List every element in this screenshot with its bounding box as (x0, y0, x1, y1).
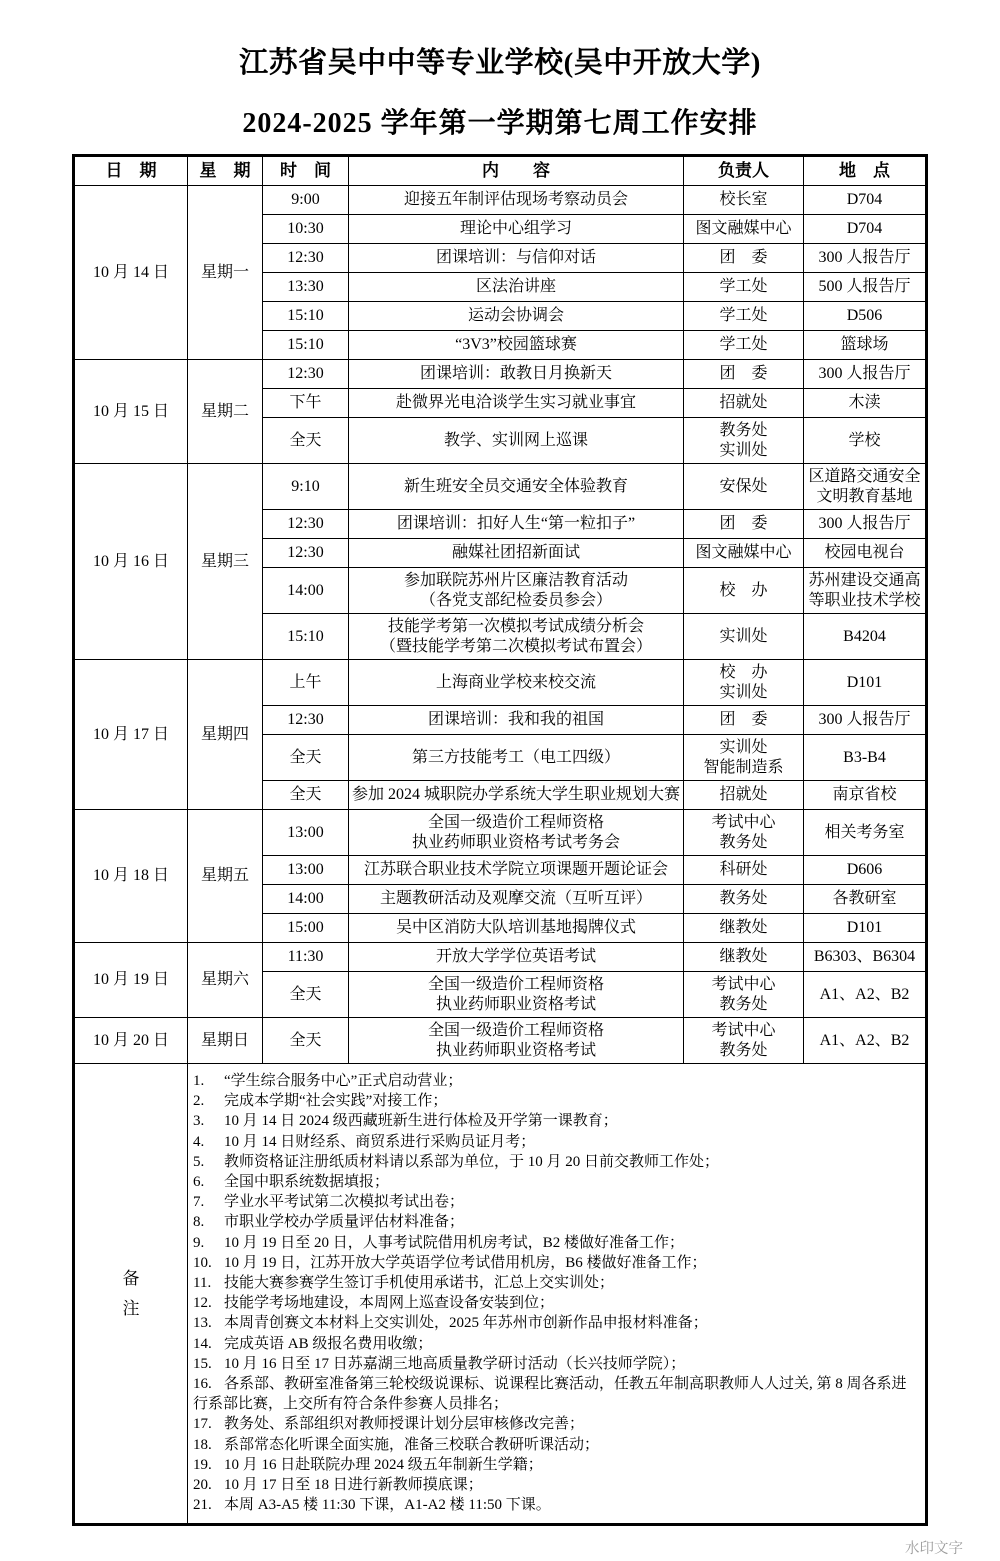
date-cell: 10 月 20 日 (74, 1018, 188, 1064)
date-cell: 10 月 17 日 (74, 660, 188, 810)
time-cell: 14:00 (263, 568, 349, 614)
content-cell: 教学、实训网上巡课 (349, 418, 684, 464)
time-cell: 全天 (263, 735, 349, 781)
note-number: 21. (193, 1495, 224, 1515)
owner-cell: 安保处 (684, 464, 804, 510)
owner-cell: 继教处 (684, 914, 804, 943)
day-group: 10 月 18 日星期五13:00全国一级造价工程师资格执业药师职业资格考试考务… (74, 810, 927, 943)
note-item: 5.教师资格证注册纸质材料请以系部为单位，于 10 月 20 日前交教师工作处； (193, 1152, 917, 1172)
content-cell: “3V3”校园篮球赛 (349, 331, 684, 360)
content-cell: 新生班安全员交通安全体验教育 (349, 464, 684, 510)
note-number: 13. (193, 1313, 224, 1333)
note-item: 3.10 月 14 日 2024 级西藏班新生进行体检及开学第一课教育； (193, 1111, 917, 1131)
owner-cell: 学工处 (684, 331, 804, 360)
weekday-cell: 星期三 (188, 464, 263, 660)
time-cell: 15:10 (263, 302, 349, 331)
note-number: 3. (193, 1111, 224, 1131)
time-cell: 全天 (263, 972, 349, 1018)
note-number: 17. (193, 1414, 224, 1434)
header-cell: 地 点 (804, 156, 927, 186)
place-cell: D606 (804, 856, 927, 885)
date-cell: 10 月 18 日 (74, 810, 188, 943)
header-cell: 星 期 (188, 156, 263, 186)
note-number: 14. (193, 1334, 224, 1354)
content-cell: 全国一级造价工程师资格执业药师职业资格考试 (349, 1018, 684, 1064)
schedule-row: 10 月 15 日星期二12:30团课培训：敢教日月换新天团 委300 人报告厅 (74, 360, 927, 389)
table-header: 日 期星 期时 间内 容负责人地 点 (74, 156, 927, 186)
content-cell: 理论中心组学习 (349, 215, 684, 244)
schedule-row: 10 月 19 日星期六11:30开放大学学位英语考试继教处B6303、B630… (74, 943, 927, 972)
place-cell: D101 (804, 914, 927, 943)
weekday-cell: 星期四 (188, 660, 263, 810)
day-group: 10 月 19 日星期六11:30开放大学学位英语考试继教处B6303、B630… (74, 943, 927, 1018)
content-cell: 吴中区消防大队培训基地揭牌仪式 (349, 914, 684, 943)
note-number: 7. (193, 1192, 224, 1212)
notes-label-char: 注 (78, 1300, 184, 1317)
place-cell: 校园电视台 (804, 539, 927, 568)
owner-cell: 图文融媒中心 (684, 215, 804, 244)
notes-list: 1.“学生综合服务中心”正式启动营业；2.完成本学期“社会实践”对接工作；3.1… (188, 1064, 927, 1525)
content-cell: 全国一级造价工程师资格执业药师职业资格考试 (349, 972, 684, 1018)
place-cell: 500 人报告厅 (804, 273, 927, 302)
day-group: 10 月 20 日星期日全天全国一级造价工程师资格执业药师职业资格考试考试中心教… (74, 1018, 927, 1064)
place-cell: 学校 (804, 418, 927, 464)
time-cell: 9:00 (263, 186, 349, 215)
note-number: 12. (193, 1293, 224, 1313)
owner-cell: 科研处 (684, 856, 804, 885)
note-number: 15. (193, 1354, 224, 1374)
weekday-cell: 星期五 (188, 810, 263, 943)
owner-cell: 实训处智能制造系 (684, 735, 804, 781)
schedule-row: 10 月 18 日星期五13:00全国一级造价工程师资格执业药师职业资格考试考务… (74, 810, 927, 856)
note-item: 13.本周青创赛文本材料上交实训处，2025 年苏州市创新作品申报材料准备； (193, 1313, 917, 1333)
place-cell: B4204 (804, 614, 927, 660)
time-cell: 10:30 (263, 215, 349, 244)
content-cell: 融媒社团招新面试 (349, 539, 684, 568)
time-cell: 12:30 (263, 244, 349, 273)
note-item: 7.学业水平考试第二次模拟考试出卷； (193, 1192, 917, 1212)
owner-cell: 校 办实训处 (684, 660, 804, 706)
weekday-cell: 星期六 (188, 943, 263, 1018)
weekday-cell: 星期日 (188, 1018, 263, 1064)
place-cell: 区道路交通安全文明教育基地 (804, 464, 927, 510)
note-item: 10.10 月 19 日，江苏开放大学英语学位考试借用机房，B6 楼做好准备工作… (193, 1253, 917, 1273)
owner-cell: 校 办 (684, 568, 804, 614)
time-cell: 12:30 (263, 539, 349, 568)
note-item: 14.完成英语 AB 级报名费用收缴； (193, 1334, 917, 1354)
schedule-row: 10 月 16 日星期三9:10新生班安全员交通安全体验教育安保处区道路交通安全… (74, 464, 927, 510)
place-cell: 苏州建设交通高等职业技术学校 (804, 568, 927, 614)
content-cell: 赴微界光电洽谈学生实习就业事宜 (349, 389, 684, 418)
day-group: 10 月 16 日星期三9:10新生班安全员交通安全体验教育安保处区道路交通安全… (74, 464, 927, 660)
note-number: 6. (193, 1172, 224, 1192)
place-cell: 相关考务室 (804, 810, 927, 856)
schedule-row: 10 月 14 日星期一9:00迎接五年制评估现场考察动员会校长室D704 (74, 186, 927, 215)
owner-cell: 图文融媒中心 (684, 539, 804, 568)
notes-label-char: 备 (78, 1270, 184, 1287)
note-item: 8.市职业学校办学质量评估材料准备； (193, 1212, 917, 1232)
owner-cell: 校长室 (684, 186, 804, 215)
content-cell: 全国一级造价工程师资格执业药师职业资格考试考务会 (349, 810, 684, 856)
owner-cell: 教务处 (684, 885, 804, 914)
owner-cell: 学工处 (684, 302, 804, 331)
time-cell: 15:10 (263, 614, 349, 660)
owner-cell: 考试中心教务处 (684, 1018, 804, 1064)
time-cell: 12:30 (263, 510, 349, 539)
note-number: 11. (193, 1273, 224, 1293)
note-item: 11.技能大赛参赛学生签订手机使用承诺书，汇总上交实训处； (193, 1273, 917, 1293)
place-cell: A1、A2、B2 (804, 972, 927, 1018)
content-cell: 开放大学学位英语考试 (349, 943, 684, 972)
time-cell: 11:30 (263, 943, 349, 972)
time-cell: 全天 (263, 781, 349, 810)
note-number: 18. (193, 1435, 224, 1455)
note-item: 16.各系部、教研室准备第三轮校级说课标、说课程比赛活动，任教五年制高职教师人人… (193, 1374, 917, 1414)
time-cell: 15:00 (263, 914, 349, 943)
content-cell: 团课培训：我和我的祖国 (349, 706, 684, 735)
schedule-row: 10 月 17 日星期四上午上海商业学校来校交流校 办实训处D101 (74, 660, 927, 706)
note-number: 20. (193, 1475, 224, 1495)
time-cell: 下午 (263, 389, 349, 418)
owner-cell: 招就处 (684, 781, 804, 810)
content-cell: 第三方技能考工（电工四级） (349, 735, 684, 781)
place-cell: D506 (804, 302, 927, 331)
content-cell: 运动会协调会 (349, 302, 684, 331)
note-item: 17.教务处、系部组织对教师授课计划分层审核修改完善； (193, 1414, 917, 1434)
schedule-row: 10 月 20 日星期日全天全国一级造价工程师资格执业药师职业资格考试考试中心教… (74, 1018, 927, 1064)
content-cell: 参加联院苏州片区廉洁教育活动（各党支部纪检委员参会） (349, 568, 684, 614)
content-cell: 团课培训：与信仰对话 (349, 244, 684, 273)
note-item: 21.本周 A3-A5 楼 11:30 下课，A1-A2 楼 11:50 下课。 (193, 1495, 917, 1515)
owner-cell: 考试中心教务处 (684, 810, 804, 856)
note-number: 10. (193, 1253, 224, 1273)
place-cell: 木渎 (804, 389, 927, 418)
place-cell: D704 (804, 186, 927, 215)
note-number: 19. (193, 1455, 224, 1475)
date-cell: 10 月 14 日 (74, 186, 188, 360)
header-cell: 日 期 (74, 156, 188, 186)
note-number: 1. (193, 1071, 224, 1091)
owner-cell: 团 委 (684, 360, 804, 389)
owner-cell: 团 委 (684, 244, 804, 273)
owner-cell: 团 委 (684, 706, 804, 735)
owner-cell: 学工处 (684, 273, 804, 302)
note-item: 12.技能学考场地建设，本周网上巡查设备安装到位； (193, 1293, 917, 1313)
note-number: 2. (193, 1091, 224, 1111)
day-group: 10 月 15 日星期二12:30团课培训：敢教日月换新天团 委300 人报告厅… (74, 360, 927, 464)
day-group: 10 月 14 日星期一9:00迎接五年制评估现场考察动员会校长室D70410:… (74, 186, 927, 360)
time-cell: 上午 (263, 660, 349, 706)
place-cell: 南京省校 (804, 781, 927, 810)
time-cell: 全天 (263, 418, 349, 464)
notes-label: 备注 (74, 1064, 188, 1525)
notes-row: 备注1.“学生综合服务中心”正式启动营业；2.完成本学期“社会实践”对接工作；3… (74, 1064, 927, 1525)
watermark: 水印文字 (905, 1537, 963, 1558)
page-subtitle: 2024-2025 学年第一学期第七周工作安排 (0, 101, 1000, 141)
header-cell: 时 间 (263, 156, 349, 186)
note-number: 8. (193, 1212, 224, 1232)
note-number: 5. (193, 1152, 224, 1172)
owner-cell: 实训处 (684, 614, 804, 660)
note-item: 6.全国中职系统数据填报； (193, 1172, 917, 1192)
place-cell: A1、A2、B2 (804, 1018, 927, 1064)
time-cell: 12:30 (263, 360, 349, 389)
note-item: 18.系部常态化听课全面实施，准备三校联合教研听课活动； (193, 1435, 917, 1455)
owner-cell: 考试中心教务处 (684, 972, 804, 1018)
day-group: 10 月 17 日星期四上午上海商业学校来校交流校 办实训处D10112:30团… (74, 660, 927, 810)
place-cell: D704 (804, 215, 927, 244)
owner-cell: 继教处 (684, 943, 804, 972)
note-item: 9.10 月 19 日至 20 日，人事考试院借用机房考试，B2 楼做好准备工作… (193, 1233, 917, 1253)
note-item: 1.“学生综合服务中心”正式启动营业； (193, 1071, 917, 1091)
time-cell: 12:30 (263, 706, 349, 735)
header-row: 日 期星 期时 间内 容负责人地 点 (74, 156, 927, 186)
date-cell: 10 月 19 日 (74, 943, 188, 1018)
date-cell: 10 月 16 日 (74, 464, 188, 660)
time-cell: 13:00 (263, 856, 349, 885)
note-number: 9. (193, 1233, 224, 1253)
place-cell: 各教研室 (804, 885, 927, 914)
content-cell: 技能学考第一次模拟考试成绩分析会（暨技能学考第二次模拟考试布置会） (349, 614, 684, 660)
time-cell: 15:10 (263, 331, 349, 360)
place-cell: B6303、B6304 (804, 943, 927, 972)
content-cell: 迎接五年制评估现场考察动员会 (349, 186, 684, 215)
time-cell: 全天 (263, 1018, 349, 1064)
content-cell: 参加 2024 城职院办学系统大学生职业规划大赛 (349, 781, 684, 810)
header-cell: 负责人 (684, 156, 804, 186)
owner-cell: 教务处实训处 (684, 418, 804, 464)
time-cell: 13:00 (263, 810, 349, 856)
note-item: 2.完成本学期“社会实践”对接工作； (193, 1091, 917, 1111)
owner-cell: 团 委 (684, 510, 804, 539)
place-cell: 篮球场 (804, 331, 927, 360)
weekday-cell: 星期二 (188, 360, 263, 464)
place-cell: 300 人报告厅 (804, 244, 927, 273)
place-cell: 300 人报告厅 (804, 706, 927, 735)
content-cell: 团课培训：敢教日月换新天 (349, 360, 684, 389)
content-cell: 主题教研活动及观摩交流（互听互评） (349, 885, 684, 914)
note-item: 4.10 月 14 日财经系、商贸系进行采购员证月考； (193, 1132, 917, 1152)
content-cell: 上海商业学校来校交流 (349, 660, 684, 706)
time-cell: 13:30 (263, 273, 349, 302)
date-cell: 10 月 15 日 (74, 360, 188, 464)
content-cell: 团课培训：扣好人生“第一粒扣子” (349, 510, 684, 539)
content-cell: 江苏联合职业技术学院立项课题开题论证会 (349, 856, 684, 885)
place-cell: B3-B4 (804, 735, 927, 781)
note-number: 16. (193, 1374, 224, 1394)
place-cell: 300 人报告厅 (804, 510, 927, 539)
page-title: 江苏省吴中中等专业学校(吴中开放大学) (0, 40, 1000, 81)
weekday-cell: 星期一 (188, 186, 263, 360)
note-item: 19.10 月 16 日赴联院办理 2024 级五年制新生学籍； (193, 1455, 917, 1475)
schedule-table: 日 期星 期时 间内 容负责人地 点 10 月 14 日星期一9:00迎接五年制… (72, 154, 928, 1526)
time-cell: 14:00 (263, 885, 349, 914)
notes-section: 备注1.“学生综合服务中心”正式启动营业；2.完成本学期“社会实践”对接工作；3… (74, 1064, 927, 1525)
owner-cell: 招就处 (684, 389, 804, 418)
note-number: 4. (193, 1132, 224, 1152)
note-item: 15.10 月 16 日至 17 日苏嘉湖三地高质量教学研讨活动（长兴技师学院）… (193, 1354, 917, 1374)
time-cell: 9:10 (263, 464, 349, 510)
header-cell: 内 容 (349, 156, 684, 186)
content-cell: 区法治讲座 (349, 273, 684, 302)
note-item: 20.10 月 17 日至 18 日进行新教师摸底课； (193, 1475, 917, 1495)
place-cell: D101 (804, 660, 927, 706)
place-cell: 300 人报告厅 (804, 360, 927, 389)
